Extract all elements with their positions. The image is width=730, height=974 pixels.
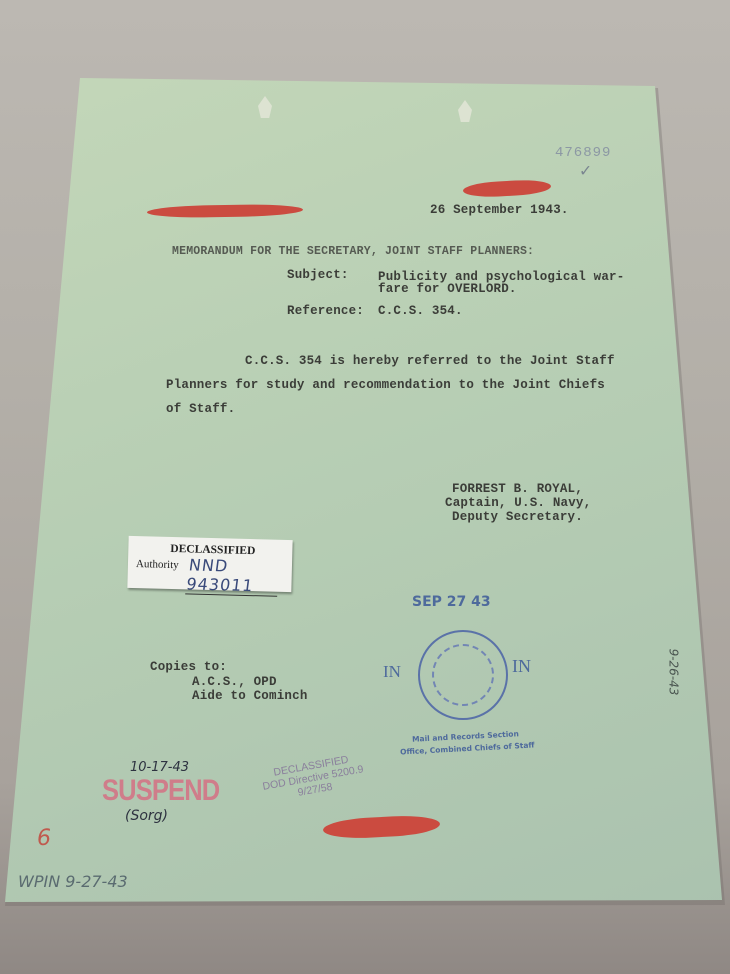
body-line-2: Planners for study and recommendation to… <box>166 378 605 393</box>
red-handwritten-number: 6 <box>37 826 51 851</box>
bottom-handwritten-note: WPIN 9-27-43 <box>18 872 128 891</box>
body-line-1: C.C.S. 354 is hereby referred to the Joi… <box>245 354 615 369</box>
signature-title: Deputy Secretary. <box>452 510 583 525</box>
suspend-stamp: SUSPEND <box>102 774 219 808</box>
declassified-label: DECLASSIFIED Authority NND 943011 <box>127 536 292 592</box>
in-stamp-left: IN <box>383 662 401 682</box>
copies-item-2: Aide to Cominch <box>192 689 308 704</box>
declassified-title: DECLASSIFIED <box>170 543 255 557</box>
file-number: 476899 <box>555 145 611 161</box>
reference-label: Reference: <box>287 304 364 319</box>
clock-stamp-icon <box>418 630 508 720</box>
copies-label: Copies to: <box>150 660 227 675</box>
suspend-handwritten-initials: (Sorg) <box>125 808 168 824</box>
in-stamp-right: IN <box>512 656 531 677</box>
authority-label: Authority <box>136 558 179 571</box>
reference-value: C.C.S. 354. <box>378 304 463 319</box>
suspend-handwritten-date: 10-17-43 <box>130 760 189 775</box>
signature-name: FORREST B. ROYAL, <box>452 482 583 497</box>
body-line-3: of Staff. <box>166 402 235 417</box>
received-date-stamp: SEP 27 43 <box>412 594 491 610</box>
check-mark-icon: ✓ <box>580 160 591 182</box>
memo-addressee: MEMORANDUM FOR THE SECRETARY, JOINT STAF… <box>172 244 534 259</box>
signature-rank: Captain, U.S. Navy, <box>445 496 591 511</box>
copies-item-1: A.C.S., OPD <box>192 675 277 690</box>
authority-value: NND 943011 <box>185 555 282 596</box>
subject-label: Subject: <box>287 268 349 283</box>
memo-date: 26 September 1943. <box>430 203 569 218</box>
subject-line-2: fare for OVERLORD. <box>378 282 517 297</box>
margin-handwritten-note: 9-26-43 <box>666 649 680 696</box>
